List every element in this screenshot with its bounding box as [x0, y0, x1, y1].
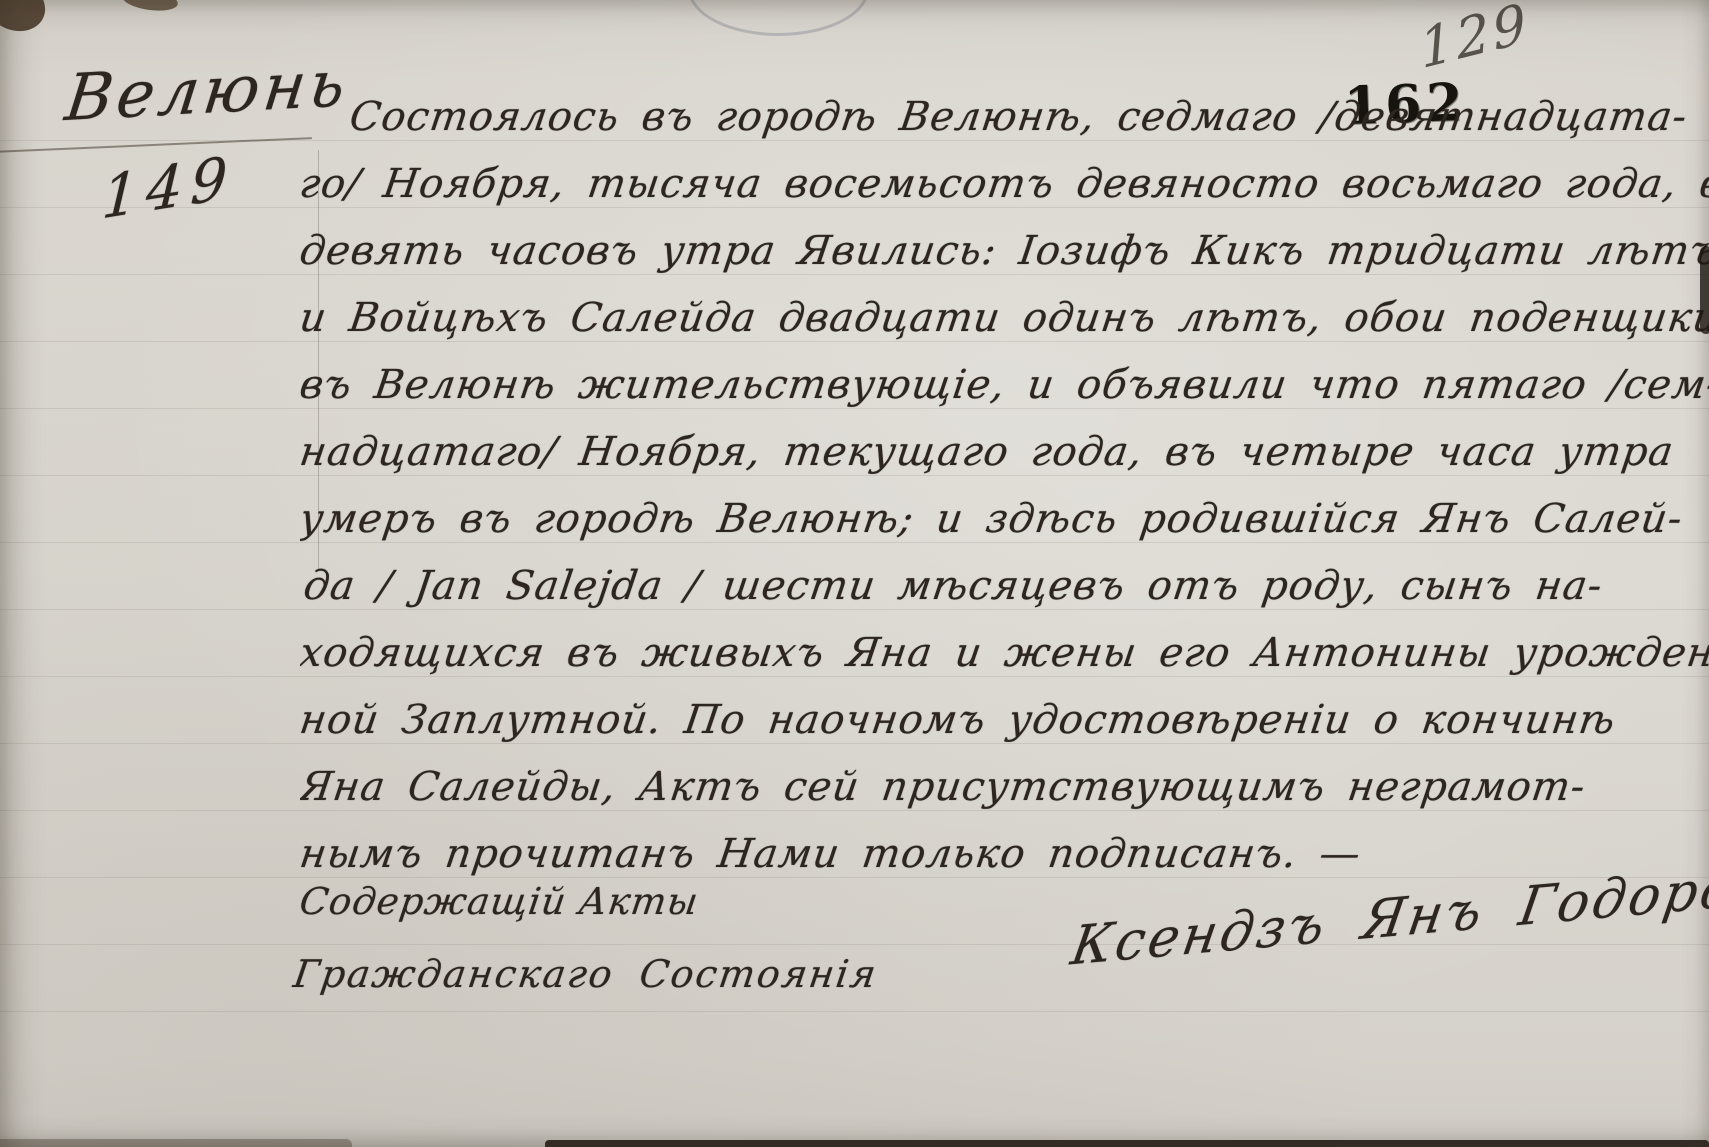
handwritten-line: да / Jan Salejda / шести мѣсяцевъ отъ ро… [300, 553, 1709, 620]
scan-artifact-top-left [0, 0, 53, 40]
handwritten-line: девять часовъ утра Явились: Іозифъ Кикъ … [300, 218, 1709, 285]
handwritten-line: надцатаго/ Ноября, текущаго года, въ чет… [300, 419, 1709, 486]
scan-artifact-bottom-left [0, 1139, 352, 1147]
scan-artifact-top-left-small [121, 0, 179, 14]
handwritten-line: въ Велюнѣ жительствующіе, и объявили что… [300, 352, 1709, 419]
handwritten-line: умеръ въ городѣ Велюнѣ; и здѣсь родившій… [300, 486, 1709, 553]
handwritten-line: Яна Салейды, Актъ сей присутствующимъ не… [300, 754, 1709, 821]
registrar-title-line-2: Гражданскаго Состоянія [291, 952, 881, 996]
partial-round-stamp [688, 0, 869, 36]
scan-artifact-bottom-edge [545, 1140, 1709, 1147]
handwritten-line: го/ Ноября, тысяча восемьсотъ девяносто … [300, 151, 1709, 218]
penciled-page-number: 129 [1417, 0, 1532, 81]
record-body-text: Состоялось въ городѣ Велюнѣ, седмаго /де… [300, 84, 1709, 888]
registrar-title-line-1: Содержащій Акты [297, 880, 702, 923]
handwritten-line: Состоялось въ городѣ Велюнѣ, седмаго /де… [300, 84, 1709, 151]
handwritten-line: ходящихся въ живыхъ Яна и жены его Антон… [300, 620, 1709, 687]
handwritten-line: и Войцѣхъ Салейда двадцати одинъ лѣтъ, о… [300, 285, 1709, 352]
handwritten-line: ной Заплутной. По наочномъ удостовѣреніи… [300, 687, 1709, 754]
document-page: Велюнь 149 162 129 Состоялось въ городѣ … [0, 0, 1709, 1147]
